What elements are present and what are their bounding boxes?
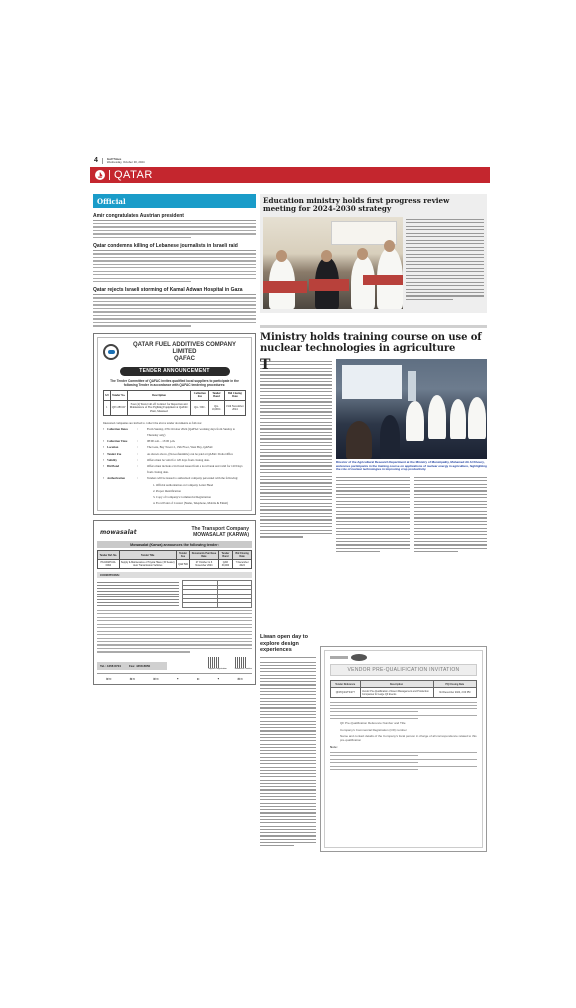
vendor-intro-text — [330, 702, 477, 712]
liwan-body — [260, 662, 316, 847]
tender-announcement-pill: TENDER ANNOUNCEMENT — [120, 367, 230, 376]
banner-divider — [109, 170, 110, 180]
nuclear-story: Ministry holds training course on use of… — [260, 325, 487, 555]
nuclear-body-col-1: T — [260, 359, 332, 555]
conditions-title: CONDITIONS: — [97, 572, 252, 578]
table-row: QF/PQ/24/TS/277 Vendor Pre-Qualification… — [331, 688, 477, 698]
page-number: 4 — [94, 157, 98, 164]
nuclear-body-col-2 — [336, 475, 410, 555]
qafac-tender-table: S/# Tender No. Description Collection Fe… — [103, 390, 246, 416]
news-brief: Qatar condemns killing of Lebanese journ… — [93, 243, 256, 282]
brief-headline: Amir congratulates Austrian president — [93, 213, 256, 221]
qr-code-icon[interactable] — [208, 657, 219, 668]
qatar-foundation-logo — [330, 654, 477, 661]
section-tag-official: Official — [93, 194, 256, 208]
table-header: Tender Bond — [209, 390, 225, 401]
sponsor-logo-icon: ≋≈ — [153, 677, 159, 681]
news-brief: Amir congratulates Austrian president — [93, 213, 256, 238]
education-story: Education ministry holds first progress … — [260, 194, 487, 313]
note-label: Note: — [330, 745, 338, 749]
news-brief: Qatar rejects Israeli storming of Kamal … — [93, 287, 256, 326]
sponsor-logo-icon: ≋≈ — [237, 677, 243, 681]
transport-tender-table: Tender Ref. No. Tender Title Tender Fee … — [97, 550, 252, 569]
education-headline: Education ministry holds first progress … — [263, 197, 484, 214]
transport-company-brand: MOWASALAT (KARWA) — [191, 532, 249, 538]
qr-code-icon[interactable] — [235, 657, 246, 668]
qafac-short-name: QAFAC — [123, 356, 246, 363]
sponsor-logo-icon: ≋≈ — [106, 677, 112, 681]
fax: Fax: 4458 8850 — [129, 664, 150, 668]
sponsor-logo-icon: ≋≈ — [129, 677, 135, 681]
liwan-headline: Liwan open day to explore design experie… — [260, 634, 316, 658]
dhow-emblem-icon — [95, 170, 105, 180]
brief-headline: Qatar condemns killing of Lebanese journ… — [93, 243, 256, 251]
mowasalat-logo: mowasalat — [100, 529, 137, 536]
section-banner: QATAR — [90, 167, 490, 183]
sponsor-logos-strip: ≋≈≋≈≋≈•⊏•≋≈ — [97, 673, 252, 681]
transport-announce-bar: Mowasalat (Karwa) announces the followin… — [97, 541, 252, 548]
telephone: Tel.: 4458 8724 — [100, 664, 121, 668]
table-header: Tender No. — [110, 390, 127, 401]
nuclear-headline: Ministry holds training course on use of… — [260, 332, 487, 355]
vendor-ad-title: VENDOR PRE-QUALIFICATION INVITATION — [330, 664, 477, 676]
table-header: Collection Fee — [191, 390, 209, 401]
table-row: 1 QTC2891W Four (4) Years Call off Contr… — [104, 401, 246, 415]
table-header: Bid Closing Date — [224, 390, 245, 401]
brief-body — [93, 223, 256, 238]
table-header: S/# — [104, 390, 111, 401]
contact-bar: Tel.: 4458 8724 Fax: 4458 8850 — [97, 662, 167, 670]
requirements-list: 1. Official authorization on Company Let… — [103, 482, 246, 507]
date-line: Wednesday, October 30, 2024 — [107, 160, 145, 164]
education-meeting-photo — [263, 217, 403, 309]
vendor-bullets: QF Pre-Qualification Reference Number an… — [330, 722, 477, 742]
left-column: Official Amir congratulates Austrian pre… — [93, 194, 256, 685]
contact-table — [182, 580, 252, 607]
newspaper-page: 4 Gulf Times Wednesday, October 30, 2024… — [90, 150, 490, 850]
table-header: Description — [127, 390, 191, 401]
vendor-prequalification-ad: VENDOR PRE-QUALIFICATION INVITATION Tend… — [320, 646, 487, 852]
liwan-story: Liwan open day to explore design experie… — [260, 634, 316, 849]
conditions-text — [97, 582, 179, 607]
brief-body — [93, 297, 256, 326]
drop-cap: T — [260, 359, 270, 371]
brief-headline: Qatar rejects Israeli storming of Kamal … — [93, 287, 256, 295]
section-title: QATAR — [114, 169, 153, 181]
folio: 4 Gulf Times Wednesday, October 30, 2024 — [94, 157, 145, 164]
qafac-company-name: QATAR FUEL ADDITIVES COMPANY LIMITED — [123, 342, 246, 356]
qafac-details: Interested companies are invited to coll… — [103, 420, 246, 507]
sponsor-logo-icon: • — [217, 677, 219, 681]
folio-divider — [102, 158, 103, 164]
photo-caption: Director of the Agricultural Research De… — [336, 461, 487, 472]
brief-body — [93, 253, 256, 282]
conditions-text-cont — [97, 610, 252, 653]
nuclear-body-col-3 — [414, 475, 488, 555]
qafac-logo-icon — [103, 344, 119, 360]
training-course-photo — [336, 359, 487, 459]
sponsor-logo-icon: ⊏ — [197, 677, 200, 681]
qafac-tender-ad: QATAR FUEL ADDITIVES COMPANY LIMITED QAF… — [93, 333, 256, 516]
vendor-tender-table: Tender Reference Description PQ Closing … — [330, 680, 477, 698]
mowasalat-tender-ad: mowasalat The Transport Company MOWASALA… — [93, 520, 256, 684]
table-row: PK/ADM/V/24-0094 Supply & Maintenance of… — [98, 560, 252, 569]
right-column: Education ministry holds first progress … — [260, 194, 487, 555]
qafac-intro: The Tender Committee of QAFAC invites qu… — [103, 379, 246, 387]
education-body — [406, 217, 484, 309]
sponsor-logo-icon: • — [177, 677, 179, 681]
